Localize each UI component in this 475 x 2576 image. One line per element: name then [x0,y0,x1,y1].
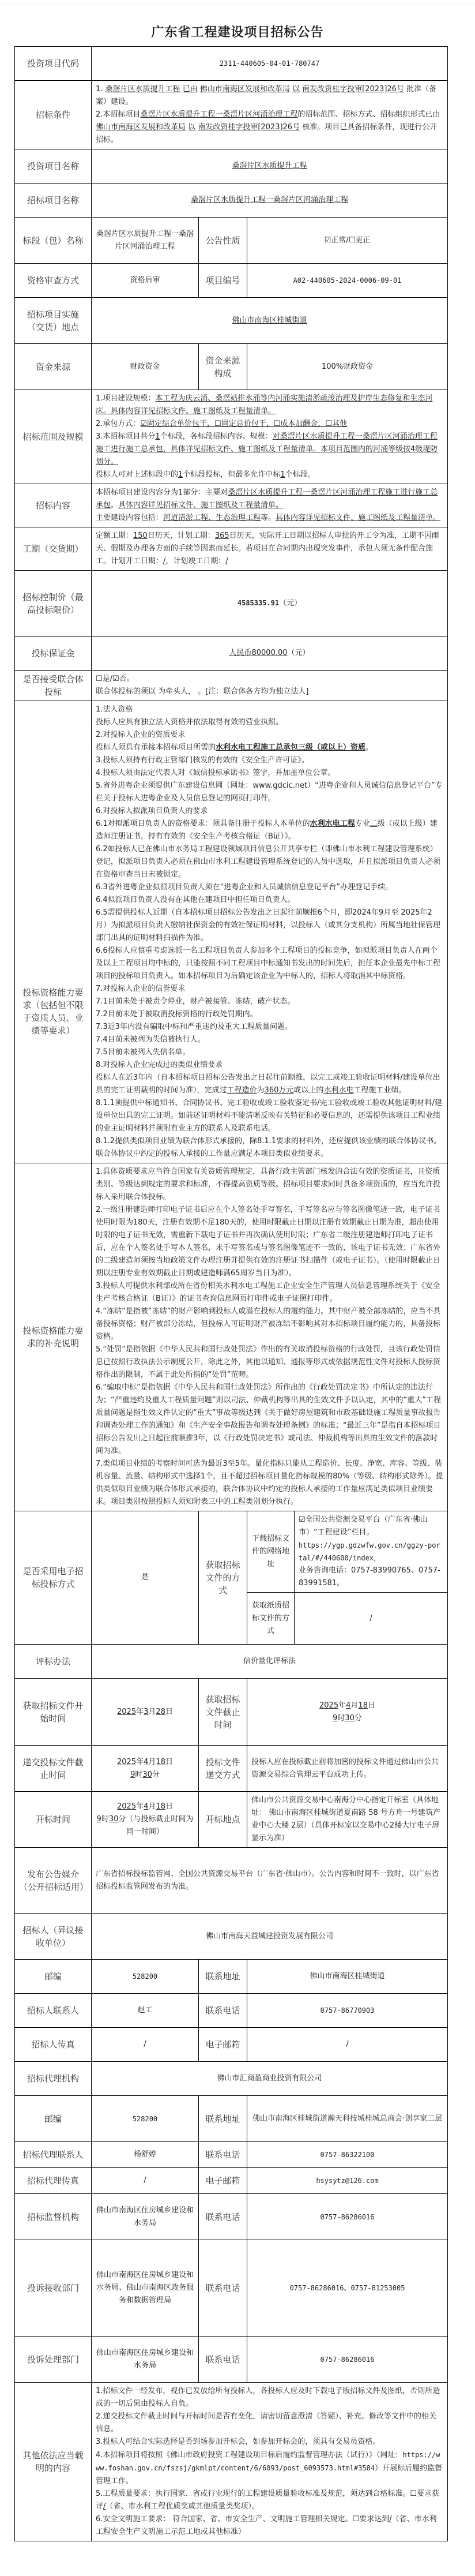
value-complaint-receive: 佛山市南海区住房城乡建设和水务局、佛山市南海区政务服务和数据管理局 [92,2240,199,2337]
text: 主要建设内容包括： [96,514,163,522]
day: 18 [156,1802,165,1811]
text: 。 [111,501,118,510]
label-evaluation: 评标办法 [15,1645,92,1679]
label-agency-contact: 招标代理联系人 [15,2142,92,2168]
value-electronic: 是 [92,1511,199,1645]
value-invest-name: 桑滘片区水质提升工程 [232,162,307,170]
value-address: 佛山市南海区桂城街道 [247,1960,448,1994]
value-scope: 1.项目建设规模：本工程为庆云涌、桑滘站排水涌等内河涌实施清淤疏浚治理及护岸生态… [92,390,448,484]
value-project-code: A02-440605-2024-0006-09-01 [247,264,448,298]
label-submit-method: 投标文件递交方式 [199,1746,247,1792]
value-supplement: 1.具体资质要求应当符合国家有关资质管理规定，具备行政主管部门核发的合法有效的资… [92,1163,448,1511]
value-submit-method: 投标人应在投标截止前将加密的投标文件通过佛山市公共资源交易综合管理云平台成功上传… [247,1746,448,1792]
row-funds: 资金来源 财政资金 资金来源构成 100%财政资金 [15,344,448,390]
text: 日历天，计划工期： [148,531,215,540]
value-media: 广东省招标投标监管网、全国公共资源交易平台（广东省·佛山市）。公告内容和时间不一… [92,1848,448,1914]
value-conditions: 1. 桑滘片区水质提升工程 已由 佛山市南海区发展和改革局 以 南发改资桂字投审… [92,81,448,149]
row-content: 招标内容 本招标项目建设内容分为1部分：主要对桑滘片区水质提升工程一桑滘片区河涌… [15,484,448,527]
text: 个标段，各标段招标内容、规模： [160,432,273,441]
label-agency-phone: 联系电话 [199,2142,247,2168]
required-level: 二 [370,819,378,828]
line: 6.4拟派项目负责人没有在其他在建项目中担任项目负责人。 [96,894,443,907]
text: 以 [188,123,195,132]
text: 具体内容详见招标文件、施工图纸及工程量清单。 [276,514,440,522]
value-opening-time: 2025年4月18日 9时30分（与投标截止时间为同一时间） [92,1792,199,1848]
text: （省、市水利工程优质奖或其他质量类奖项）。 [105,2502,259,2511]
day: 18 [156,1758,165,1766]
value-content: 本招标项目建设内容分为1部分：主要对桑滘片区水质提升工程一桑滘片区河涌治理工程施… [92,484,448,527]
value-postcode: 528200 [92,1960,199,1994]
label-other: 其他依法应当载明的内容 [15,2383,92,2541]
line: 1.招标文件一经发布，视作已发放给所有投标人，各投标人应及时下载电子版招标文件及… [96,2385,443,2410]
row-section: 标段（包）名称 桑滘片区水质提升工程一桑滘片区河涌治理工程 公告性质 ☑正常/☐… [15,218,448,264]
value-review: 资格后审 [92,264,199,298]
value-complaint-receive-phone: 0757-86286016、0757-81253005 [247,2240,448,2337]
row-agency: 招标代理机构 佛山市汇商盈商业投资有限公司 [15,2062,448,2096]
value-opening-place: 佛山市公共资源交易中心南海分中心指定开标室（具体地址： 佛山市南海区桂城街道夏南… [247,1792,448,1848]
approval-doc: 南发改资桂字投审[2023]26号 [302,85,404,93]
label-tender-name: 招标项目名称 [15,184,92,218]
value-supervisor: 佛山市南海区住房城乡建设和水务局 [92,2194,199,2240]
price-amount: 4585335.91 [237,599,279,607]
opening-note: （与投标截止时间为同一时间） [126,1815,193,1836]
value-agency-fax: / [92,2168,199,2194]
row-tenderer-contact: 招标人联系人 赵工 联系电话 0757-86770903 [15,1994,448,2028]
text: 为 [257,1086,265,1095]
text: 专业 [355,819,370,828]
line: 1.具体资质要求应当符合国家有关资质管理规定，具备行政主管部门核发的合法有效的资… [96,1166,443,1204]
row-tenderer-fax: 招标人传真 / 电子邮箱 / [15,2028,448,2062]
line: 6.5需提供投标人近期（自本招标项目招标公告发出之日起往前顺推6个月，即2024… [96,907,443,945]
text: 1. [96,85,103,93]
label-phone: 联系电话 [199,1994,247,2028]
value-period: 定额工期：150日历天，计划工期：365日历天，实际开工日期以招标人审批的开工令… [92,527,448,571]
value-agency-address: 佛山市南海区桂城街道瀚天科技城桂城总商会·创享家二层 [247,2096,448,2142]
hour: 9 [97,1815,101,1824]
label-doc-end: 获取招标文件截止时间 [199,1679,247,1746]
value-deposit: 人民币80000.00（元） [92,636,448,671]
project-name: 桑滘片区水质提升工程 [105,85,180,93]
row-qualification: 投标资格能力要求（包括但不限于资质人员、业绩等要求） 1.法人资格 投标人应具有… [15,701,448,1163]
line: 3.投标人可提供水利部或所在省份相关水利水电工程施工企业安全生产管理人员信息管理… [96,1280,443,1305]
row-consortium: 是否接受联合体投标 ☐是/☑否。 联合体投标的须以 为牵头人， 。[注：联合体各… [15,671,448,701]
text: 3.本招标项目共分 [96,432,155,441]
value-complaint-handle-phone: 0757-86286016 [247,2337,448,2383]
deposit-unit: （元） [288,649,310,657]
line: 投标人应具有独立法人资格并依法取得有效的营业执照。 [96,716,443,729]
value-complaint-handle: 佛山市南海区住房城乡建设和水务局 [92,2337,199,2383]
text: 个标段。 [285,470,315,479]
row-scope: 招标范围及规模 1.项目建设规模：本工程为庆云涌、桑滘站排水涌等内河涌实施清淤疏… [15,390,448,484]
row-tenderer: 招标人（异议接收单位） 佛山市南海天益城建投资发展有限公司 [15,1914,448,1960]
value-doc-start: 2025年3月28日 [92,1679,199,1746]
value-evaluation: 信价量化评标法 [92,1645,448,1679]
platform-name: ☑全国公共资源交易平台（广东省·佛山市）“工程建设”栏目。 [299,1514,443,1539]
label-price: 招标控制价（最高投标限价） [15,571,92,636]
day: 18 [358,1701,368,1710]
row-deposit: 投标保证金 人民币80000.00（元） [15,636,448,671]
value-nature: ☑正常/☐更正 [247,218,448,264]
line: 5.“处罚”是指依据《中华人民共和国行政处罚法》作出的有关取消投标资格的行政处罚… [96,1343,443,1381]
line: 4.“冻结”是指被“冻结”的财产影响到投标人或潜在投标人的履约能力。其中财产被全… [96,1305,443,1343]
line: 7.对投标人企业的信誉要求 [96,983,443,995]
line: 6.“骗取中标”是指依据《中华人民共和国行政处罚法》所作出的《行政处罚决定书》中… [96,1381,443,1458]
value-agency-phone: 0757-86322100 [247,2142,448,2168]
line: 6.2如投标人已在佛山市水务局工程建设领域项目信息公开共享专栏（即佛山市水利工程… [96,843,443,881]
row-supervisor: 招标监督机构 佛山市南海区住房城乡建设和水务局 联系电话 0757-862860… [15,2194,448,2240]
authority-name: 佛山市南海区发展和改革局 [96,123,186,132]
project-name: 桑滘片区水质提升工程一桑滘片区河涌治理工程 [140,110,297,119]
row-complaint-receive: 投诉接收部门 佛山市南海区住房城乡建设和水务局、佛山市南海区政务服务和数据管理局… [15,2240,448,2337]
line: 8.1.2提供类似项目业绩为联合体形式承接的，除8.1.1要求的材料外，还应提供… [96,1135,443,1160]
label-invest-code: 投资项目代码 [15,47,92,81]
text: ，计划竣工日期： [165,557,225,566]
value-phone: 0757-86770903 [247,1994,448,2028]
label-location: 招标项目实施（交货）地点 [15,298,92,344]
label-email: 电子邮箱 [199,2028,247,2062]
label-media: 发布公告媒介（公开招标适用） [15,1848,92,1914]
label-tenderer: 招标人（异议接收单位） [15,1914,92,1960]
consortium-note: 联合体投标的须以 为牵头人， 。[注：联合体各方均为独立法人] [96,686,443,698]
authority-name: 佛山市南海区发展和改革局 [200,85,290,93]
day: 28 [156,1708,165,1716]
value-contact: 赵工 [92,1994,199,2028]
value-submit-deadline: 2025年4月18日 9时30分 [92,1746,199,1792]
label-agency: 招标代理机构 [15,2062,92,2096]
section-count: 1 [155,432,160,441]
bottom-margin [0,2541,475,2576]
row-media: 发布公告媒介（公开招标适用） 广东省招标投标监管网、全国公共资源交易平台（广东省… [15,1848,448,1914]
metric: 工程造价 [227,1086,257,1095]
month: 4 [346,1701,350,1710]
line: 4.投标人须由法定代表人对《诚信投标承诺书》签字，并加盖单位公章。 [96,767,443,780]
project-type: 水利水电 [323,1086,353,1095]
line: 7.1目前未处于被责令停业，财产被接管、冻结，破产状态。 [96,995,443,1008]
label-period: 工期（交货期） [15,527,92,571]
top-divider [0,0,475,5]
required-specialty: 水利水电工程 [310,819,355,828]
row-invest-name: 投资项目名称 桑滘片区水质提升工程 [15,149,448,184]
label-agency-email: 电子邮箱 [199,2168,247,2194]
value-funds-composition: 100%财政资金 [247,344,448,390]
label-supplement: 投标资格能力要求的补充说明 [15,1163,92,1511]
consortium-choice: ☐是/☑否。 [96,673,443,686]
value-agency-email[interactable]: hsysytz@126.com [247,2168,448,2194]
text: 。 [365,743,373,752]
line: 6.3省外进粤企业拟派项目负责人须在“进粤企业和人员诚信信息登记平台”办理登记手… [96,881,443,894]
line: 6.对投标人拟派项目负责人的要求 [96,805,443,818]
row-tenderer-post: 邮编 528200 联系地址 佛山市南海区桂城街道 [15,1960,448,1994]
row-conditions: 招标条件 1. 桑滘片区水质提升工程 已由 佛山市南海区发展和改革局 以 南发改… [15,81,448,149]
text: 2.本招标项目 [96,110,140,119]
month: 4 [144,1758,148,1766]
value-download: ☑全国公共资源交易平台（广东省·佛山市）“工程建设”栏目。 https://yg… [295,1511,448,1593]
text: 等。 [261,514,276,522]
label-qualification: 投标资格能力要求（包括但不限于资质人员、业绩等要求） [15,701,92,1163]
label-address: 联系地址 [199,1960,247,1994]
text: 6.1对拟派项目负责人的资格要求：须具备注册于投标人本单位的 [96,819,310,828]
quota-days: 150 [133,531,148,540]
price-unit: （元） [279,599,301,608]
hour: 9 [333,1714,337,1723]
year: 2025 [117,1802,136,1811]
value-section: 桑滘片区水质提升工程一桑滘片区河涌治理工程 [92,218,199,264]
label-agency-postcode: 邮编 [15,2096,92,2142]
minute: 30 [345,1714,355,1723]
value-location: 佛山市南海区桂城街道 [232,316,307,325]
label-submit-deadline: 递交投标文件截止时间 [15,1746,92,1792]
minute: 30 [109,1815,119,1824]
text: 投标人可对上述标段中的 [96,470,178,479]
month: 3 [144,1708,148,1716]
value-tenderer: 佛山市南海天益城建投资发展有限公司 [92,1914,448,1960]
label-opening-time: 开标时间 [15,1792,92,1848]
value-price: 4585335.91（元） [92,571,448,636]
text: 工程施工业绩。 [353,1086,406,1095]
contract-type-options: ☑固定综合单价包干，☐固定总价包干，☐成本加酬金，☐其他 [140,420,347,428]
text: 投标人须具有承接本招标项目所需的 [96,743,216,752]
month: 4 [144,1802,148,1811]
line: 5.省外进粤企业须提供广东建设信息网（网址：www.gdcic.net）“进粤企… [96,780,443,805]
required-qualification: 水利水电工程施工总承包三级（或以上）资质 [216,743,365,752]
download-link[interactable]: https://ygp.gdzwfw.gov.cn/ggzy-portal/#/… [299,1539,443,1564]
label-project-code: 项目编号 [199,264,247,298]
line: 7.2目前未处于被取消投标资格的行政处罚期内。 [96,1008,443,1021]
text: 2.承包方式： [96,420,140,428]
line: 8.对投标人企业完成过的类似业绩要求 [96,1059,443,1072]
value-qualification: 1.法人资格 投标人应具有独立法人资格并依法取得有效的营业执照。 2.对投标人企… [92,701,448,1163]
label-content: 招标内容 [15,484,92,527]
label-complaint-receive: 投诉接收部门 [15,2240,92,2337]
label-agency-fax: 招标代理传真 [15,2168,92,2194]
row-agency-contact: 招标代理联系人 杨舒婷 联系电话 0757-86322100 [15,2142,448,2168]
label-complaint-handle: 投诉处理部门 [15,2337,92,2383]
label-conditions: 招标条件 [15,81,92,149]
line: 7.4目前未被列为失信被执行人。 [96,1034,443,1046]
label-complaint-receive-phone: 联系电话 [199,2240,247,2337]
line: 1.法人资格 [96,703,443,716]
text: 本招标项目建设内容分为1部分：主要对 [96,488,228,497]
year: 2025 [117,1758,136,1766]
label-complaint-handle-phone: 联系电话 [199,2337,247,2383]
text: 具体内容详见招标文件、施工图纸及工程量清单。 [118,501,283,510]
value-agency-postcode: 528200 [92,2096,199,2142]
row-price: 招标控制价（最高投标限价） 4585335.91（元） [15,571,448,636]
value-agency-contact: 杨舒婷 [92,2142,199,2168]
line: 7.类似项目业绩的考察时间可选为最近3至5年。量化指标只能从工程造价、长度、净宽… [96,1458,443,1508]
consult-phone: 业务咨询电话：0757-83990765、0757-83991581。 [299,1564,443,1590]
label-doc-method: 获取招标文件的方式 [199,1511,247,1645]
value-email: / [247,2028,448,2062]
label-funds: 资金来源 [15,344,92,390]
label-contact: 招标人联系人 [15,1994,92,2028]
row-agency-post: 邮编 528200 联系地址 佛山市南海区桂城街道瀚天科技城桂城总商会·创享家二… [15,2096,448,2142]
row-supplement: 投标资格能力要求的补充说明 1.具体资质要求应当符合国家有关资质管理规定，具备行… [15,1163,448,1511]
count: 1 [280,470,285,479]
label-deposit: 投标保证金 [15,636,92,671]
line: 7.5目前未被列入失信名单。 [96,1046,443,1059]
minute: 30 [142,1770,152,1779]
line: 2.递交投标文件截止时间与开标时间是否有变化，请密切留意澄清（答疑）、补充、修改… [96,2410,443,2436]
value-fax: / [92,2028,199,2062]
row-period: 工期（交货期） 定额工期：150日历天，计划工期：365日历天，实际开工日期以招… [15,527,448,571]
value-agency: 佛山市汇商盈商业投资有限公司 [92,2062,448,2096]
row-evaluation: 评标办法 信价量化评标法 [15,1645,448,1679]
text: 个标段投标，但最多允许中标 [183,470,280,479]
label-section: 标段（包）名称 [15,218,92,264]
row-doc-time: 获取招标文件开始时间 2025年3月28日 获取招标文件截止时间 2025年4月… [15,1679,448,1746]
row-invest-code: 投资项目代码 2311-440605-04-01-780747 [15,47,448,81]
row-tender-name: 招标项目名称 桑滘片区水质提升工程一桑滘片区河涌治理工程 [15,184,448,218]
label-supervisor: 招标监督机构 [15,2194,92,2240]
value-doc-end: 2025年4月18日 9时30分 [247,1679,448,1746]
text: 1.项目建设规模： [96,394,155,403]
label-invest-name: 投资项目名称 [15,149,92,184]
value-supervisor-phone: 0757-86286016 [247,2194,448,2240]
line: 2.一级注册建造师打印电子证书后应在个人签名处手写签名，手写签名应与签名图像笔迹… [96,1204,443,1280]
row-other: 其他依法应当载明的内容 1.招标文件一经发布，视作已发放给所有投标人，各投标人应… [15,2383,448,2541]
text: 定额工期： [96,531,133,540]
label-funds-composition: 资金来源构成 [199,344,247,390]
label-fax: 招标人传真 [15,2028,92,2062]
text: 河道清淤工程、生态治理工程 [163,514,261,522]
hour: 9 [130,1770,135,1779]
metric-value: 360万元 [265,1086,294,1095]
line: 8.1.1须提供中标通知书、合同协议书、完工验收或竣工验收鉴定书/完工验收或竣工… [96,1097,443,1135]
line: 3.投标人须持有行政主管部门核发的有效的《安全生产许可证》。 [96,754,443,767]
text: 的招标范围、招标方式、招标组织形式已由 [297,110,440,119]
end-date: / [225,557,228,566]
label-review: 资格审查方式 [15,264,92,298]
label-postcode: 邮编 [15,1960,92,1994]
label-supervisor-phone: 联系电话 [199,2194,247,2240]
row-agency-fax: 招标代理传真 / 电子邮箱 hsysytz@126.com [15,2168,448,2194]
approval-doc: 南发改资桂字投审[2023]26号 [198,123,300,132]
value-tender-name: 桑滘片区水质提升工程一桑滘片区河涌治理工程 [191,196,348,204]
label-opening-place: 开标地点 [199,1792,247,1848]
text: 已由 [183,85,198,93]
line: 7.3近3年内没有骗取中标和严重违约及重大工程质量问题。 [96,1021,443,1034]
label-agency-address: 联系地址 [199,2096,247,2142]
label-consortium: 是否接受联合体投标 [15,671,92,701]
value-funds: 财政资金 [92,344,199,390]
row-submit: 递交投标文件截止时间 2025年4月18日 9时30分 投标文件递交方式 投标人… [15,1746,448,1792]
label-doc-start: 获取招标文件开始时间 [15,1679,92,1746]
row-review: 资格审查方式 资格后审 项目编号 A02-440605-2024-0006-09… [15,264,448,298]
page-title: 广东省工程建设项目招标公告 [0,23,475,40]
line: 3.投标人可结合实际选择是否到场参加开标会，如参加开标会的，须具有交易员资格。 [96,2436,443,2448]
line: 6.6投标人应慎重考虑选派一名工程项目负责人参加多个工程项目的投标竞争，如拟派项… [96,945,443,983]
row-electronic: 是否采用电子招标投标方式 是 获取招标文件的方式 下载招标文件的网络地址 ☑全国… [15,1511,448,1593]
text: 以 [292,85,300,93]
label-scope: 招标范围及规模 [15,390,92,484]
value-other: 1.招标文件一经发布，视作已发放给所有投标人，各投标人应及时下载电子版招标文件及… [92,2383,448,2541]
value-paper-doc: / [295,1593,448,1645]
text: 4.本招标项目将按照《佛山市政府投资工程建设项目标后履约监督管理办法（试行）》（… [96,2451,402,2459]
notice-table: 投资项目代码 2311-440605-04-01-780747 招标条件 1. … [14,46,448,2541]
label-paper-doc: 获取纸质招标文件的方式 [247,1593,295,1645]
value-consortium: ☐是/☑否。 联合体投标的须以 为牵头人， 。[注：联合体各方均为独立法人] [92,671,448,701]
row-opening: 开标时间 2025年4月18日 9时30分（与投标截止时间为同一时间） 开标地点… [15,1792,448,1848]
deposit-amount: 人民币80000.00 [229,649,287,657]
value-invest-code: 2311-440605-04-01-780747 [92,47,448,81]
text: 6.安全文明施工要求： 符合国家、省、市安全生产、文明施工管理相关规定。☐要求达… [96,2515,389,2523]
line: 2.对投标人企业的资质要求 [96,729,443,742]
year: 2025 [117,1708,136,1716]
text: 或以上的 [293,1086,323,1095]
label-nature: 公告性质 [199,218,247,264]
year: 2025 [319,1701,338,1710]
row-location: 招标项目实施（交货）地点 佛山市南海区桂城街道 [15,298,448,344]
plan-days: 365 [215,531,229,540]
label-electronic: 是否采用电子招标投标方式 [15,1511,92,1645]
row-complaint-handle: 投诉处理部门 佛山市南海区住房城乡建设和水务局 联系电话 0757-862860… [15,2337,448,2383]
label-download-url: 下载招标文件的网络地址 [247,1511,295,1593]
